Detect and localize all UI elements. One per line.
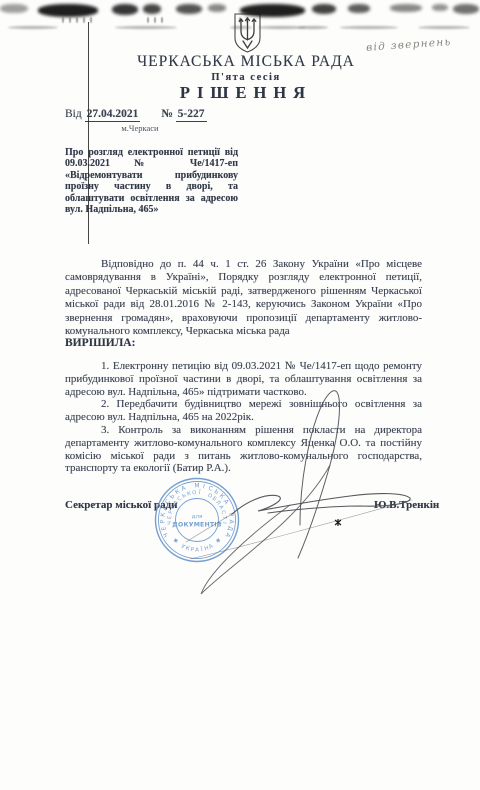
svg-text:А: А [223,532,231,540]
session-line: П'ята сесія [60,72,432,83]
stamp-center-line1: для [192,514,203,520]
svg-text:Ї: Ї [199,489,202,496]
svg-text:С: С [219,510,226,516]
svg-text:Д: Д [226,525,234,532]
svg-text:А: А [227,519,234,524]
date-label: Від [65,108,82,120]
resolution-items: 1. Електронну петицію від 09.03.2021 № Ч… [65,360,422,475]
svg-text:І: І [202,483,205,490]
svg-text:Р: Р [227,512,235,517]
trident-emblem-icon [231,12,264,54]
svg-text:Р: Р [159,519,166,523]
subject-paragraph: Про розгляд електронної петиції від 09.0… [65,147,238,215]
svg-text:Т: Т [221,515,227,521]
number-value: 5-227 [176,108,207,122]
resolution-item-2: 2. Передбачити будівництво мережі зовніш… [65,398,422,424]
stamp-bottom-arc-text: ✱ УКРАЇНА ✱ [171,536,223,553]
pen-mark [335,519,341,526]
svg-text:М: М [194,483,199,490]
svg-text:А: А [195,548,199,554]
svg-text:Е: Е [167,516,173,520]
svg-text:К: К [160,511,168,517]
signer-name: Ю.В.Тренкін [374,499,439,511]
document-type-title: РІШЕННЯ [60,83,432,103]
svg-text:Ч: Ч [162,532,170,539]
handwritten-note: від звернень [366,34,477,54]
number-label: № [161,108,173,120]
stamp-center-line2: ДОКУМЕНТІВ [172,522,221,529]
svg-text:С: С [207,485,214,493]
date-value: 27.04.2021 [85,108,141,122]
resolved-label: ВИРІШИЛА: [65,337,135,349]
resolution-item-3: 3. Контроль за виконанням рішення поклас… [65,424,422,475]
scan-line-artifact [88,22,89,244]
organization-name: ЧЕРКАСЬКА МІСЬКА РАДА [60,53,432,71]
city-line: м.Черкаси [92,123,188,133]
svg-text:Е: Е [160,526,168,532]
round-stamp: ЧЕРКАСЬКА МІСЬКА РАДА ЧЕРКАСЬКОЇ ОБЛАСТІ… [153,476,241,564]
date-number-line: Від 27.04.2021 № 5-227 [65,108,207,120]
svg-text:✱: ✱ [171,537,180,545]
svg-text:А: А [208,543,214,550]
resolution-item-1: 1. Електронну петицію від 09.03.2021 № Ч… [65,360,422,398]
svg-text:✱: ✱ [214,536,223,544]
document-page: ЧЕРКАСЬКА МІСЬКА РАДА П'ята сесія РІШЕНН… [0,0,480,790]
svg-text:О: О [192,490,197,496]
preamble-paragraph: Відповідно до п. 44 ч. 1 ст. 26 Закону У… [65,258,422,338]
